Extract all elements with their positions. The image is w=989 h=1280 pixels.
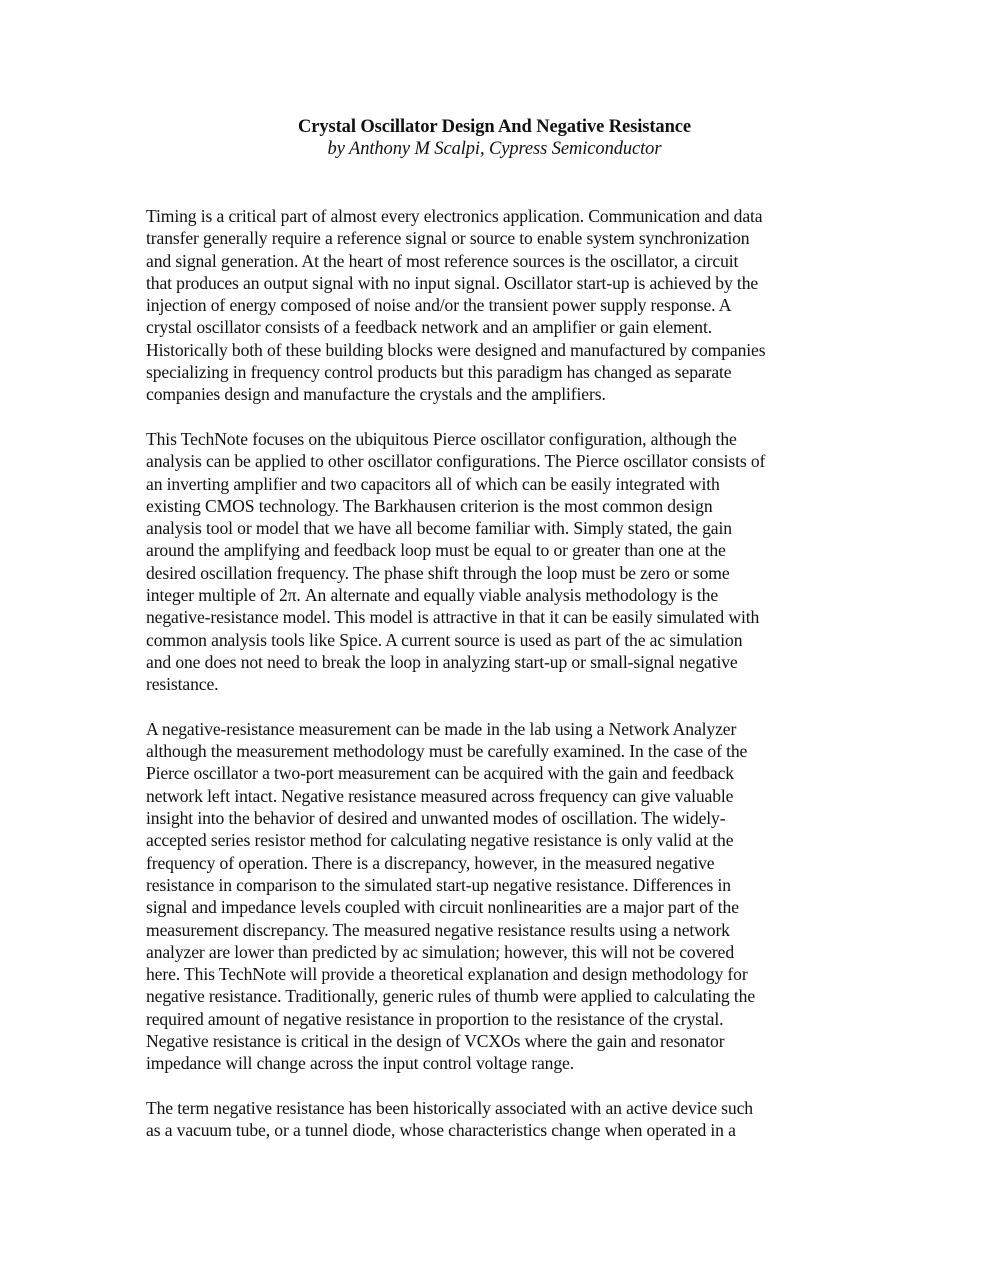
text-line: signal and impedance levels coupled with… <box>146 896 866 918</box>
text-line: measurement discrepancy. The measured ne… <box>146 919 866 941</box>
text-line: existing CMOS technology. The Barkhausen… <box>146 495 866 517</box>
text-line: although the measurement methodology mus… <box>146 740 866 762</box>
document-title: Crystal Oscillator Design And Negative R… <box>0 116 989 138</box>
text-line: accepted series resistor method for calc… <box>146 829 866 851</box>
document-header: Crystal Oscillator Design And Negative R… <box>0 116 989 160</box>
text-line: analyzer are lower than predicted by ac … <box>146 941 866 963</box>
text-line: This TechNote focuses on the ubiquitous … <box>146 428 866 450</box>
paragraph-pierce-oscillator: This TechNote focuses on the ubiquitous … <box>146 428 866 696</box>
text-line: injection of energy composed of noise an… <box>146 294 866 316</box>
text-line: Historically both of these building bloc… <box>146 339 866 361</box>
text-line: as a vacuum tube, or a tunnel diode, who… <box>146 1119 866 1141</box>
document-body: Timing is a critical part of almost ever… <box>146 205 866 1164</box>
text-line: network left intact. Negative resistance… <box>146 785 866 807</box>
text-line: insight into the behavior of desired and… <box>146 807 866 829</box>
text-line: resistance. <box>146 673 866 695</box>
text-line: and one does not need to break the loop … <box>146 651 866 673</box>
text-line: The term negative resistance has been hi… <box>146 1097 866 1119</box>
paragraph-intro: Timing is a critical part of almost ever… <box>146 205 866 406</box>
text-line: negative-resistance model. This model is… <box>146 606 866 628</box>
paragraph-negative-resistance-history: The term negative resistance has been hi… <box>146 1097 866 1142</box>
text-line: Timing is a critical part of almost ever… <box>146 205 866 227</box>
document-byline: by Anthony M Scalpi, Cypress Semiconduct… <box>0 138 989 160</box>
text-line: frequency of operation. There is a discr… <box>146 852 866 874</box>
text-line: around the amplifying and feedback loop … <box>146 539 866 561</box>
text-line: Pierce oscillator a two-port measurement… <box>146 762 866 784</box>
text-line: analysis tool or model that we have all … <box>146 517 866 539</box>
paragraph-measurement: A negative-resistance measurement can be… <box>146 718 866 1075</box>
text-line: analysis can be applied to other oscilla… <box>146 450 866 472</box>
document-page: Crystal Oscillator Design And Negative R… <box>0 0 989 1280</box>
text-line: resistance in comparison to the simulate… <box>146 874 866 896</box>
text-line: specializing in frequency control produc… <box>146 361 866 383</box>
text-line: crystal oscillator consists of a feedbac… <box>146 316 866 338</box>
text-line: desired oscillation frequency. The phase… <box>146 562 866 584</box>
text-line: and signal generation. At the heart of m… <box>146 250 866 272</box>
text-line: transfer generally require a reference s… <box>146 227 866 249</box>
text-line: common analysis tools like Spice. A curr… <box>146 629 866 651</box>
text-line: that produces an output signal with no i… <box>146 272 866 294</box>
text-line: an inverting amplifier and two capacitor… <box>146 473 866 495</box>
text-line: negative resistance. Traditionally, gene… <box>146 985 866 1007</box>
text-line: companies design and manufacture the cry… <box>146 383 866 405</box>
text-line: integer multiple of 2π. An alternate and… <box>146 584 866 606</box>
text-line: here. This TechNote will provide a theor… <box>146 963 866 985</box>
text-line: Negative resistance is critical in the d… <box>146 1030 866 1052</box>
text-line: impedance will change across the input c… <box>146 1052 866 1074</box>
text-line: required amount of negative resistance i… <box>146 1008 866 1030</box>
text-line: A negative-resistance measurement can be… <box>146 718 866 740</box>
